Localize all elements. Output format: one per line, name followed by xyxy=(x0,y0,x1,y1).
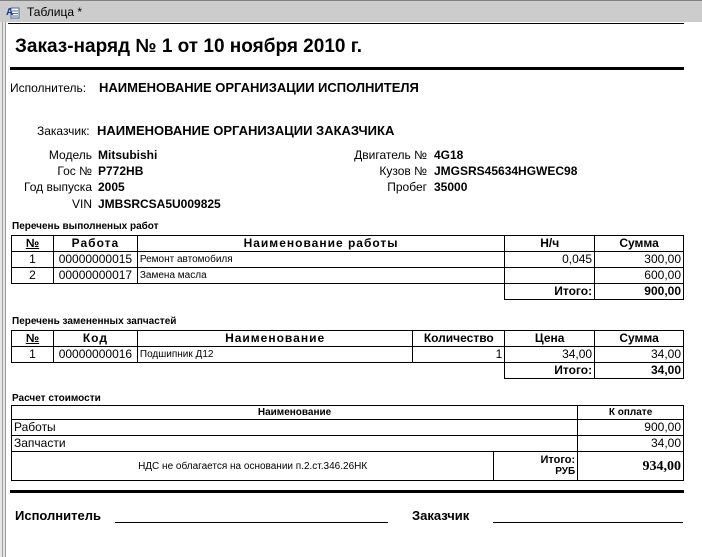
cell-code: 00000000016 xyxy=(53,347,137,363)
cell-qty: 1 xyxy=(413,347,505,363)
header-code: Код xyxy=(53,331,137,347)
mileage-label: Пробег xyxy=(387,180,427,194)
page-top-border xyxy=(8,23,684,24)
parts-total-row: Итого: 34,00 xyxy=(12,363,684,379)
calc-total-value: 934,00 xyxy=(578,452,684,481)
customer-label: Заказчик: xyxy=(37,124,90,138)
table-row: 1 00000000016 Подшипник Д12 1 34,00 34,0… xyxy=(12,347,684,363)
parts-section-title: Перечень замененных запчастей xyxy=(12,316,176,327)
parts-table: № Код Наименование Количество Цена Сумма… xyxy=(11,330,684,379)
plate-value: Р772НВ xyxy=(98,164,143,178)
cell-name: Замена масла xyxy=(137,268,504,284)
calc-section-title: Расчет стоимости xyxy=(12,393,101,404)
header-name: Наименование работы xyxy=(137,236,504,252)
year-value: 2005 xyxy=(98,180,125,194)
calc-total-label-cell: Итого: РУБ xyxy=(494,452,578,481)
svg-text:A: A xyxy=(6,7,13,18)
window-titlebar: A Таблица * xyxy=(0,0,702,22)
cell-amount: 900,00 xyxy=(578,420,684,436)
works-table: № Работа Наименование работы Н/ч Сумма 1… xyxy=(11,235,684,300)
customer-signature-label: Заказчик xyxy=(412,508,469,523)
executor-label: Исполнитель: xyxy=(10,81,86,95)
works-section-title: Перечень выполненых работ xyxy=(12,221,159,232)
customer-value: НАИМЕНОВАНИЕ ОРГАНИЗАЦИИ ЗАКАЗЧИКА xyxy=(97,123,394,138)
header-num: № xyxy=(12,236,54,252)
header-amount: К оплате xyxy=(578,406,684,420)
parts-total-value: 34,00 xyxy=(595,363,684,379)
vin-label: VIN xyxy=(72,197,92,211)
calc-header-row: Наименование К оплате xyxy=(12,406,684,420)
cell-sum: 34,00 xyxy=(595,347,684,363)
cell-name: Работы xyxy=(12,420,578,436)
cell-num: 1 xyxy=(12,347,54,363)
vat-note: НДС не облагается на основании п.2.ст.34… xyxy=(12,452,494,481)
executor-value: НАИМЕНОВАНИЕ ОРГАНИЗАЦИИ ИСПОЛНИТЕЛЯ xyxy=(99,80,419,95)
model-label: Модель xyxy=(49,148,92,162)
table-row: 1 00000000015 Ремонт автомобиля 0,045 30… xyxy=(12,252,684,268)
calc-total-label: Итого: xyxy=(496,454,575,466)
cell-sum: 300,00 xyxy=(595,252,684,268)
calc-total-row: НДС не облагается на основании п.2.ст.34… xyxy=(12,452,684,481)
header-name: Наименование xyxy=(12,406,578,420)
table-row: 2 00000000017 Замена масла 600,00 xyxy=(12,268,684,284)
header-sum: Сумма xyxy=(595,331,684,347)
title-divider xyxy=(10,67,684,70)
signature-divider xyxy=(10,490,684,493)
works-total-label: Итого: xyxy=(505,284,595,300)
cell-name: Ремонт автомобиля xyxy=(137,252,504,268)
header-code: Работа xyxy=(53,236,137,252)
vin-value: JMBSRCSA5U009825 xyxy=(98,197,221,211)
document-title: Заказ-наряд № 1 от 10 ноября 2010 г. xyxy=(15,36,362,58)
parts-header-row: № Код Наименование Количество Цена Сумма xyxy=(12,331,684,347)
table-row: Запчасти 34,00 xyxy=(12,436,684,452)
header-qty: Количество xyxy=(413,331,505,347)
parts-total-label: Итого: xyxy=(505,363,595,379)
engine-label: Двигатель № xyxy=(354,148,427,162)
cell-hours xyxy=(505,268,595,284)
year-label: Год выпуска xyxy=(24,180,92,194)
plate-label: Гос № xyxy=(57,164,92,178)
cell-price: 34,00 xyxy=(505,347,595,363)
engine-value: 4G18 xyxy=(434,148,463,162)
calc-currency: РУБ xyxy=(496,466,575,478)
document-table-icon: A xyxy=(6,5,20,19)
calc-table: Наименование К оплате Работы 900,00 Запч… xyxy=(11,405,684,481)
cell-amount: 34,00 xyxy=(578,436,684,452)
body-value: JMGSRS45634HGWEC98 xyxy=(434,164,577,178)
customer-signature-line xyxy=(493,522,683,523)
cell-code: 00000000017 xyxy=(53,268,137,284)
mileage-value: 35000 xyxy=(434,180,467,194)
header-name: Наименование xyxy=(137,331,412,347)
cell-num: 1 xyxy=(12,252,54,268)
cell-name: Подшипник Д12 xyxy=(137,347,412,363)
header-hours: Н/ч xyxy=(505,236,595,252)
cell-num: 2 xyxy=(12,268,54,284)
executor-signature-label: Исполнитель xyxy=(15,508,101,523)
header-num: № xyxy=(12,331,54,347)
works-total-row: Итого: 900,00 xyxy=(12,284,684,300)
works-header-row: № Работа Наименование работы Н/ч Сумма xyxy=(12,236,684,252)
cell-sum: 600,00 xyxy=(595,268,684,284)
cell-hours: 0,045 xyxy=(505,252,595,268)
body-label: Кузов № xyxy=(379,164,427,178)
header-sum: Сумма xyxy=(595,236,684,252)
header-price: Цена xyxy=(505,331,595,347)
window-title: Таблица * xyxy=(27,5,82,19)
model-value: Mitsubishi xyxy=(98,148,157,162)
window-left-border xyxy=(0,22,6,557)
table-row: Работы 900,00 xyxy=(12,420,684,436)
executor-signature-line xyxy=(115,522,388,523)
cell-code: 00000000015 xyxy=(53,252,137,268)
cell-name: Запчасти xyxy=(12,436,578,452)
works-total-value: 900,00 xyxy=(595,284,684,300)
